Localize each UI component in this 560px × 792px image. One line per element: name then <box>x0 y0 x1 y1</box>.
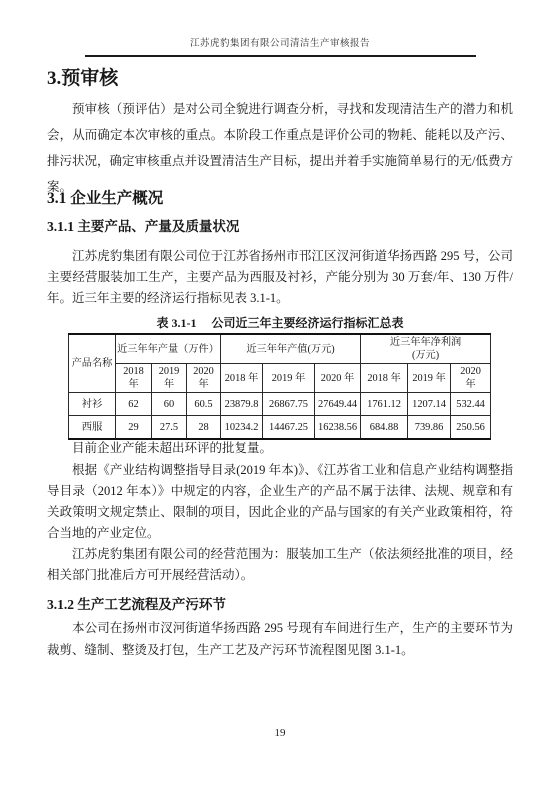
data-cell: 27649.44 <box>315 393 361 416</box>
data-cell: 27.5 <box>152 416 187 440</box>
data-cell: 23879.8 <box>221 393 263 416</box>
col-group-output: 近三年年产量（万件） <box>116 334 221 364</box>
data-cell: 250.56 <box>451 416 491 440</box>
col-header-year: 2018 年 <box>221 364 263 393</box>
data-cell: 1761.12 <box>361 393 408 416</box>
col-header-year: 2019 年 <box>408 364 451 393</box>
data-cell: 60 <box>152 393 187 416</box>
page-number: 19 <box>47 727 513 739</box>
report-page: 江苏虎豹集团有限公司清洁生产审核报告 3.预审核 预审核（预评估）是对公司全貌进… <box>0 0 560 792</box>
data-cell: 28 <box>187 416 221 440</box>
col-group-profit: 近三年年净利润 (万元) <box>361 334 491 364</box>
data-cell: 739.86 <box>408 416 451 440</box>
col-header-product-name: 产品名称 <box>69 334 116 393</box>
col-header-year: 2019 年 <box>263 364 315 393</box>
table-header-years: 2018 年 2019 年 2020 年 2018 年 2019 年 2020 … <box>69 364 491 393</box>
col-group-value: 近三年年产值(万元) <box>221 334 361 364</box>
product-name-cell: 西服 <box>69 416 116 440</box>
table-caption: 表 3.1-1 公司近三年主要经济运行指标汇总表 <box>47 315 513 331</box>
col-header-year: 2019 年 <box>152 364 187 393</box>
section-heading-preaudit: 3.预审核 <box>47 66 513 92</box>
data-cell: 60.5 <box>187 393 221 416</box>
paragraph-capacity-note: 目前企业产能未超出环评的批复量。 <box>47 438 513 459</box>
data-cell: 10234.2 <box>221 416 263 440</box>
table-row-suit: 西服 29 27.5 28 10234.2 14467.25 16238.56 … <box>69 416 491 440</box>
paragraph-policy-compliance: 根据《产业结构调整指导目录(2019 年本)》、《江苏省工业和信息产业结构调整指… <box>47 460 513 544</box>
paragraph-process-description: 本公司在扬州市汊河街道华扬西路 295 号现有车间进行生产，生产的主要环节为裁剪… <box>47 618 513 661</box>
paragraph-preaudit-intro: 预审核（预评估）是对公司全貌进行调查分析，寻找和发现清洁生产的潜力和机会，从而确… <box>47 96 513 200</box>
data-cell: 62 <box>116 393 152 416</box>
col-header-year: 2018 年 <box>361 364 408 393</box>
economic-indicators-table: 产品名称 近三年年产量（万件） 近三年年产值(万元) 近三年年净利润 (万元) … <box>68 333 491 440</box>
header-rule <box>85 55 476 57</box>
section-heading-process-flow: 3.1.2 生产工艺流程及产污环节 <box>47 595 513 614</box>
table-row-shirt: 衬衫 62 60 60.5 23879.8 26867.75 27649.44 … <box>69 393 491 416</box>
product-name-cell: 衬衫 <box>69 393 116 416</box>
paragraph-business-scope: 江苏虎豹集团有限公司的经营范围为：服装加工生产（依法须经批准的项目，经相关部门批… <box>47 544 513 586</box>
col-header-year: 2020 年 <box>187 364 221 393</box>
section-heading-main-products: 3.1.1 主要产品、产量及质量状况 <box>47 217 513 236</box>
data-cell: 532.44 <box>451 393 491 416</box>
section-heading-production-overview: 3.1 企业生产概况 <box>47 189 513 209</box>
data-cell: 684.88 <box>361 416 408 440</box>
data-cell: 29 <box>116 416 152 440</box>
data-cell: 26867.75 <box>263 393 315 416</box>
data-cell: 1207.14 <box>408 393 451 416</box>
col-header-year: 2020 年 <box>315 364 361 393</box>
data-cell: 16238.56 <box>315 416 361 440</box>
col-header-year: 2018 年 <box>116 364 152 393</box>
data-cell: 14467.25 <box>263 416 315 440</box>
running-header: 江苏虎豹集团有限公司清洁生产审核报告 <box>47 37 513 51</box>
col-header-year: 2020 年 <box>451 364 491 393</box>
paragraph-company-location: 江苏虎豹集团有限公司位于江苏省扬州市邗江区汊河街道华扬西路 295 号，公司主要… <box>47 246 513 309</box>
table-header-groups: 产品名称 近三年年产量（万件） 近三年年产值(万元) 近三年年净利润 (万元) <box>69 334 491 364</box>
